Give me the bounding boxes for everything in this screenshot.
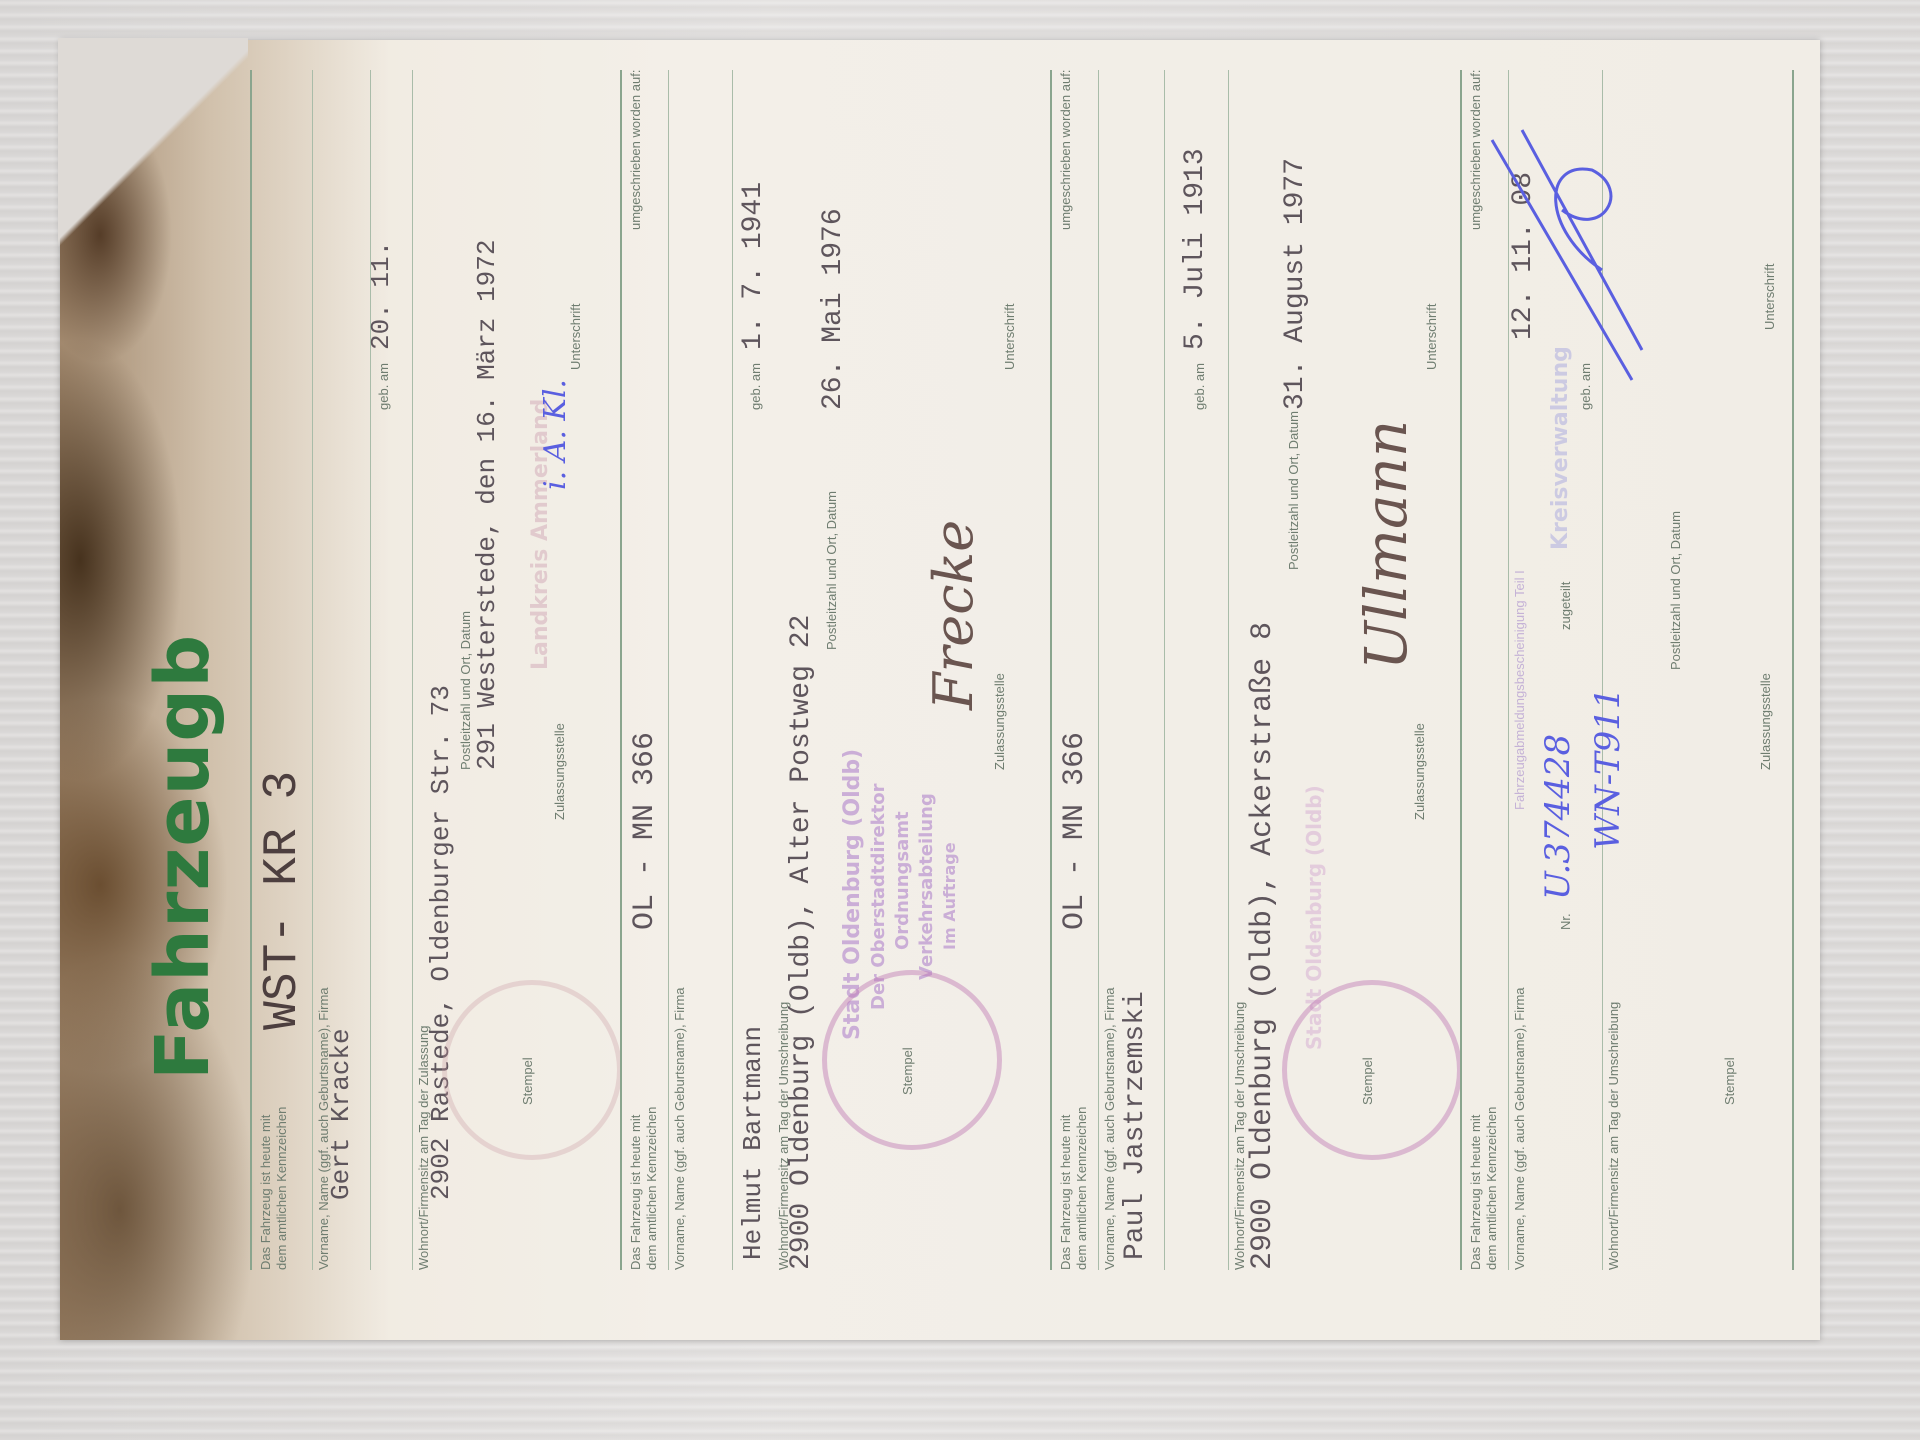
assigned-label: zugeteilt xyxy=(1558,582,1574,630)
owner-address: 2900 Oldenburg (Oldb), Alter Postweg 22 xyxy=(786,615,817,1270)
authority-stamp-line-3: Ordnungsamt xyxy=(892,811,913,950)
name-label: Vorname, Name (ggf. auch Geburtsname), F… xyxy=(1102,987,1118,1270)
signature: Frecke xyxy=(922,520,985,710)
certificate-number: U.374428 xyxy=(1538,734,1578,900)
registration-booklet-page: Fahrzeugb Das Fahrzeug ist heute mit dem… xyxy=(60,40,1820,1340)
registration-entry-1: Das Fahrzeug ist heute mit dem amtlichen… xyxy=(250,70,592,1270)
postcode-label: Postleitzahl und Ort, Datum xyxy=(1668,511,1684,670)
owner-name: Helmut Bartmann xyxy=(738,1026,768,1260)
born-date: 20. 11. xyxy=(366,241,396,350)
authority-label: Zulassungsstelle xyxy=(992,673,1008,770)
plate-number: OL - MN 366 xyxy=(1058,732,1092,930)
signature-label: Unterschrift xyxy=(1762,264,1778,330)
plate-label: Das Fahrzeug ist heute mit xyxy=(258,1115,274,1270)
owner-address: 2900 Oldenburg (Oldb), Ackerstraße 8 xyxy=(1246,622,1280,1270)
place-date: 291 Westerstede, den 16. März 1972 xyxy=(472,240,502,771)
plate-label-2: dem amtlichen Kennzeichen xyxy=(274,1107,290,1270)
authority-label: Zulassungsstelle xyxy=(1758,673,1774,770)
stamp-label: Stempel xyxy=(520,1057,536,1105)
place-date: 31. August 1977 xyxy=(1280,158,1311,410)
rewritten-label: umgeschrieben worden auf: xyxy=(1058,70,1074,230)
postcode-label: Postleitzahl und Ort, Datum xyxy=(824,491,840,650)
signature-label: Unterschrift xyxy=(1002,304,1018,370)
signature-label: Unterschrift xyxy=(1424,304,1440,370)
born-label: geb. am xyxy=(748,363,764,410)
authority-label: Zulassungsstelle xyxy=(552,723,568,820)
authority-stamp-line-5: Im Auftrage xyxy=(940,842,959,950)
stamp-label: Stempel xyxy=(900,1047,916,1095)
signature: i. A. Kl. xyxy=(538,379,573,490)
owner-address: 2902 Rastede, Oldenburger Str. 73 xyxy=(426,685,456,1200)
registration-entry-3: Das Fahrzeug ist heute mit dem amtlichen… xyxy=(1050,70,1452,1270)
name-label: Vorname, Name (ggf. auch Geburtsname), F… xyxy=(1512,987,1528,1270)
plate-label-2: dem amtlichen Kennzeichen xyxy=(1074,1107,1090,1270)
owner-name: Gert Kracke xyxy=(326,1028,356,1200)
signature: Ullmann xyxy=(1352,420,1420,670)
document-title: Fahrzeugb xyxy=(140,634,226,1080)
address-label: Wohnort/Firmensitz am Tag der Umschreibu… xyxy=(1606,1002,1622,1270)
plate-label: Das Fahrzeug ist heute mit xyxy=(628,1115,644,1270)
blue-ink-scribble xyxy=(1482,110,1662,390)
place-date: 26. Mai 1976 xyxy=(818,208,849,410)
registration-entry-2: Das Fahrzeug ist heute mit dem amtlichen… xyxy=(620,70,1032,1270)
born-date: 1. 7. 1941 xyxy=(738,182,769,350)
plate-number: OL - MN 366 xyxy=(628,732,662,930)
plate-label-2: dem amtlichen Kennzeichen xyxy=(1484,1107,1500,1270)
rewritten-label: umgeschrieben worden auf: xyxy=(628,70,644,230)
plate-label-2: dem amtlichen Kennzeichen xyxy=(644,1107,660,1270)
certificate-no-label: Nr. xyxy=(1558,913,1574,930)
signature-label: Unterschrift xyxy=(568,304,584,370)
born-label: geb. am xyxy=(1192,363,1208,410)
registration-entry-4: Das Fahrzeug ist heute mit dem amtlichen… xyxy=(1460,70,1794,1270)
owner-name: Paul Jastrzemski xyxy=(1120,991,1151,1260)
stamp-label: Stempel xyxy=(1360,1057,1376,1105)
assigned-plate: WN-T911 xyxy=(1588,687,1628,850)
stamp-label: Stempel xyxy=(1722,1057,1738,1105)
document-photo: Fahrzeugb Das Fahrzeug ist heute mit dem… xyxy=(60,40,1820,1340)
authority-stamp-line-4: Verkehrsabteilung xyxy=(916,793,937,980)
born-label: geb. am xyxy=(376,363,392,410)
born-date: 5. Juli 1913 xyxy=(1180,148,1211,350)
name-label: Vorname, Name (ggf. auch Geburtsname), F… xyxy=(672,987,688,1270)
plate-number: WST- KR 3 xyxy=(256,771,310,1030)
postcode-label: Postleitzahl und Ort, Datum xyxy=(1286,411,1302,570)
plate-label: Das Fahrzeug ist heute mit xyxy=(1058,1115,1074,1270)
folded-corner xyxy=(58,38,248,268)
certificate-label: Fahrzeugabmeldungsbescheinigung Teil I xyxy=(1512,570,1528,810)
plate-label: Das Fahrzeug ist heute mit xyxy=(1468,1115,1484,1270)
authority-label: Zulassungsstelle xyxy=(1412,723,1428,820)
